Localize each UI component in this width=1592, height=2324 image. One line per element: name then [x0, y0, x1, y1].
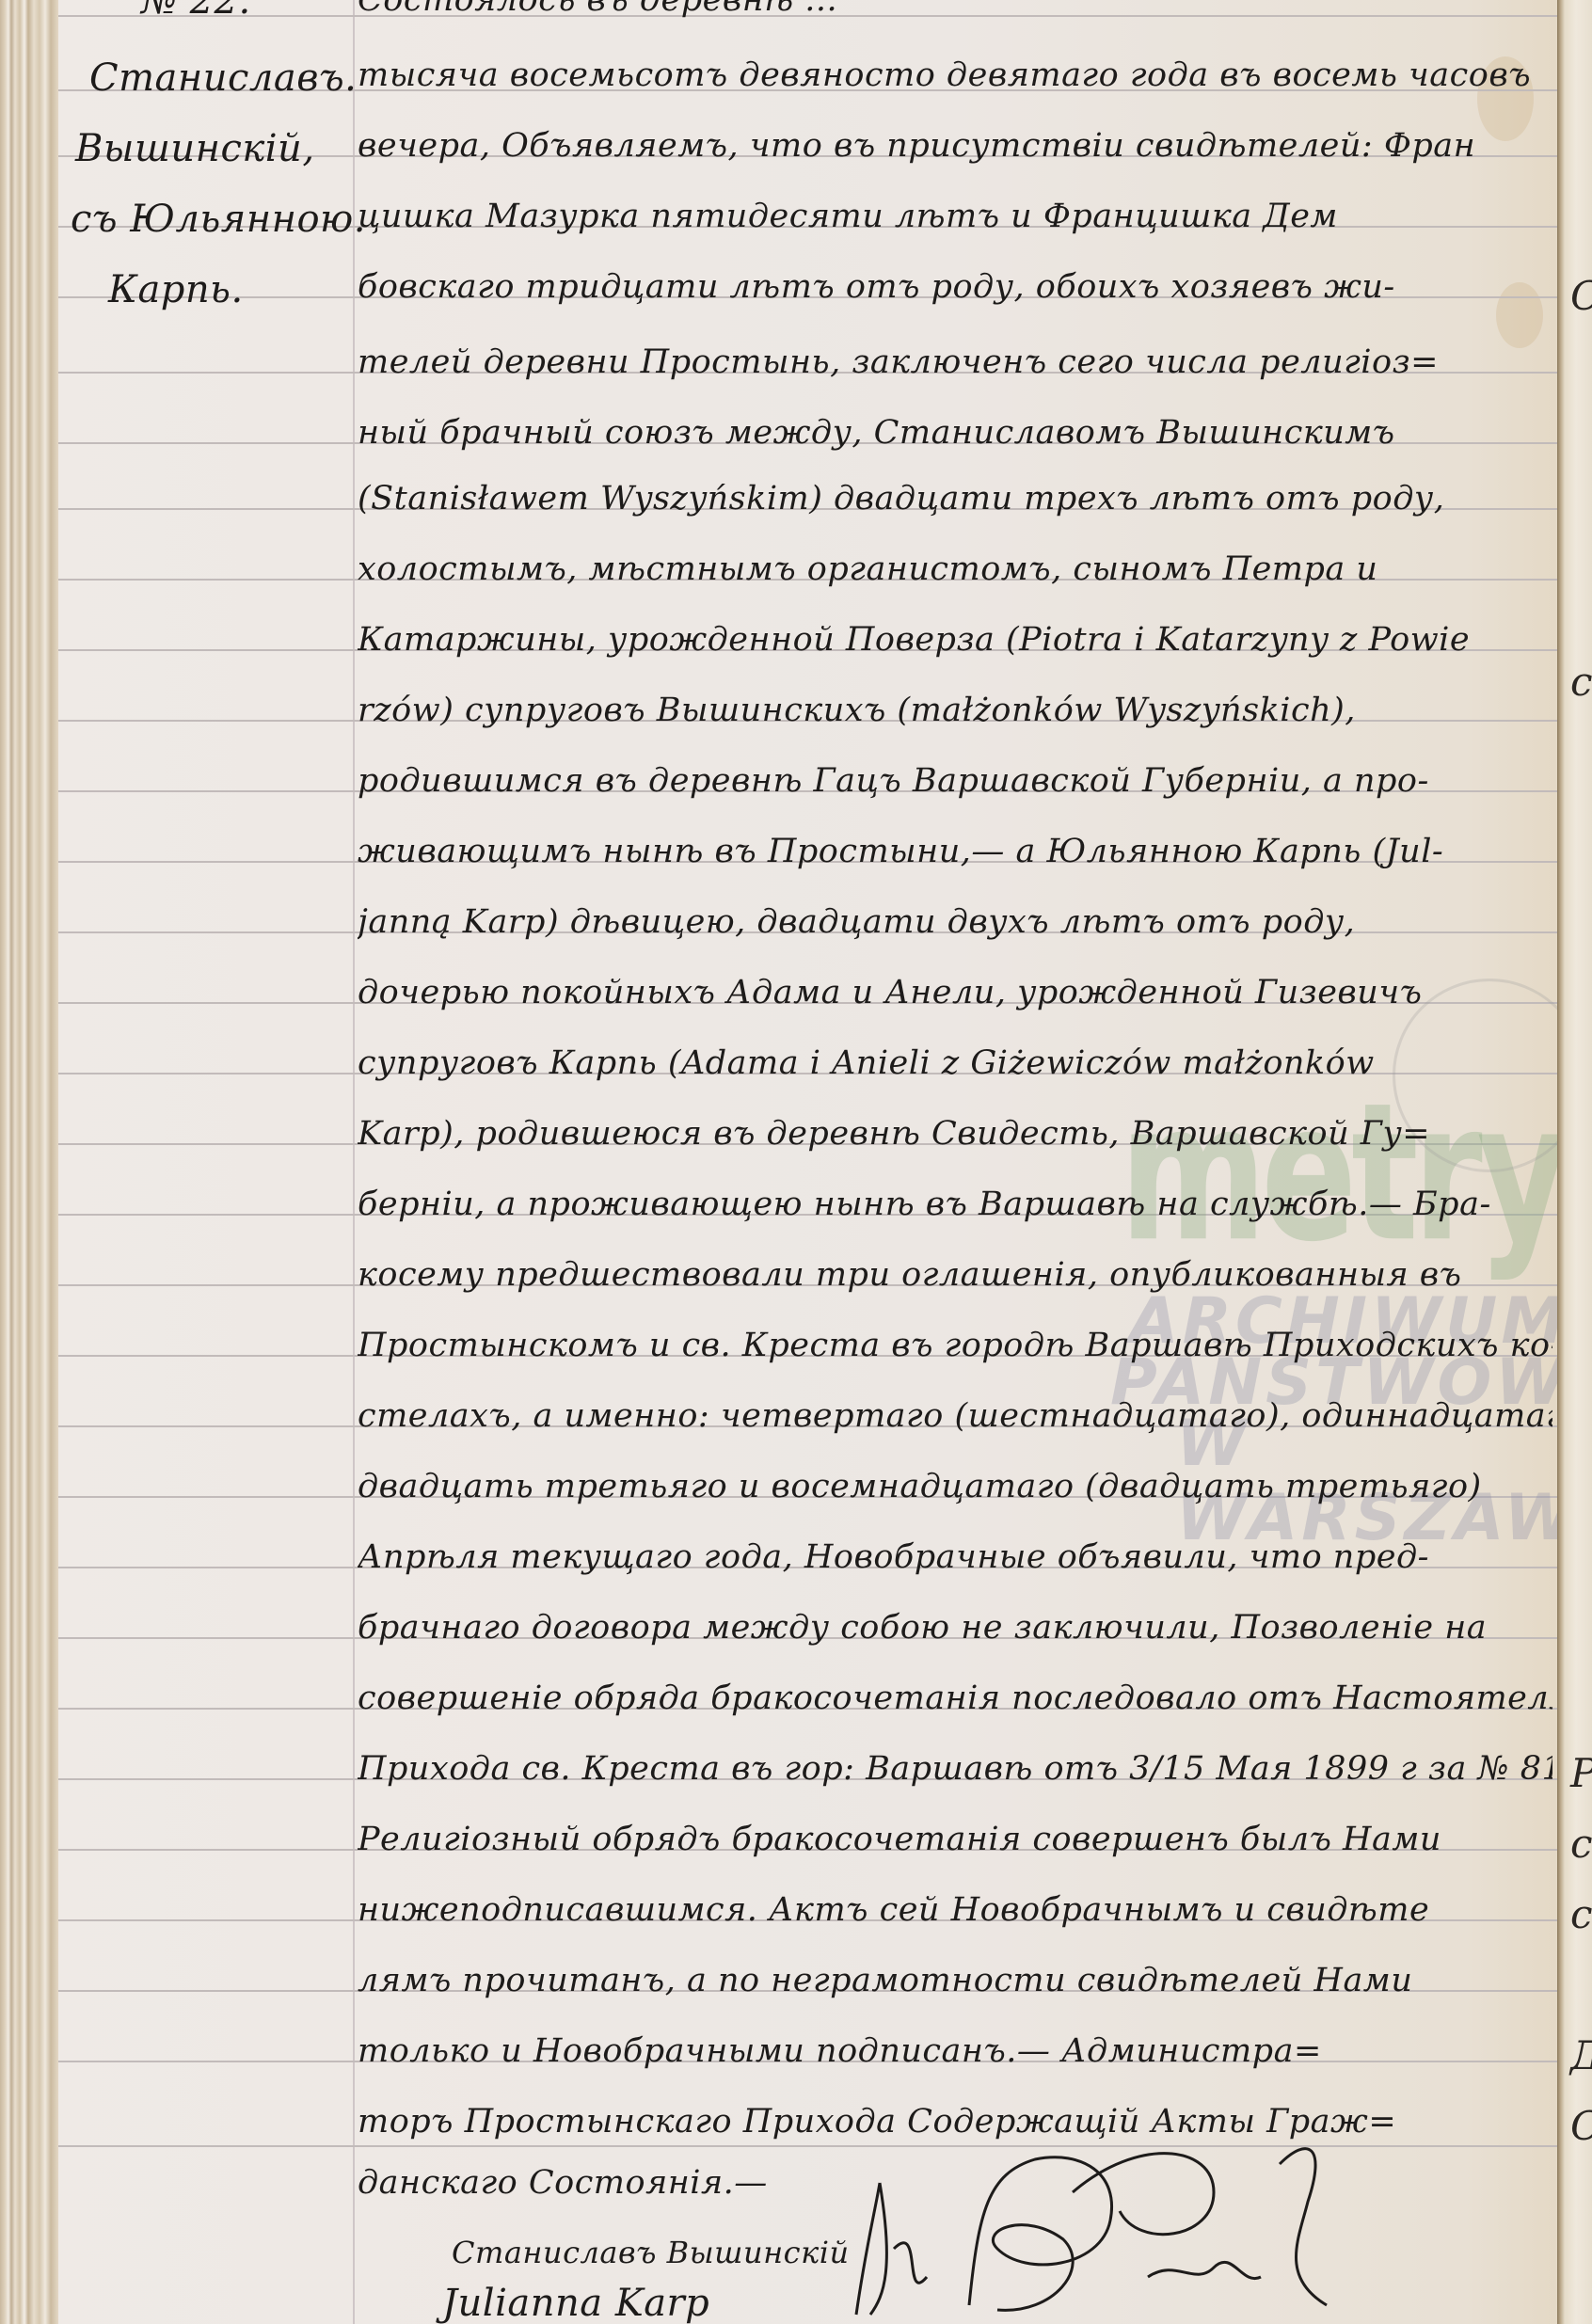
- record-line: брачнаго договора между собою не заключи…: [358, 1609, 1552, 1647]
- record-line: Религіозный обрядъ бракосочетанія соверш…: [358, 1821, 1552, 1858]
- margin-groom-surname: Вышинскій,: [75, 127, 315, 170]
- next-page-fragment: С: [1570, 2103, 1592, 2149]
- top-partial-line: Состоялось въ деревнѣ ...: [358, 0, 1552, 19]
- next-page-fragment: Р: [1570, 1750, 1592, 1796]
- book-spine-page-edges: [0, 0, 58, 2324]
- record-line: janną Karp) дѣвицею, двадцати двухъ лѣтъ…: [358, 903, 1552, 941]
- record-line: (Stanisławem Wyszyńskim) двадцати трехъ …: [358, 480, 1552, 517]
- record-line: берніи, а проживающею нынѣ въ Варшавѣ на…: [358, 1186, 1552, 1223]
- record-line: вечера, Объявляемъ, что въ присутствіи с…: [358, 127, 1552, 165]
- record-line: торъ Простынскаго Прихода Содержащій Акт…: [358, 2103, 1552, 2141]
- next-page-fragment: Д: [1570, 2032, 1592, 2078]
- record-line: двадцать третьяго и восемнадцатаго (двад…: [358, 1468, 1552, 1505]
- bride-signature: Julianna Karp: [442, 2282, 709, 2324]
- record-line: телей деревни Простынь, заключенъ сего ч…: [358, 343, 1552, 381]
- record-line: Прихода св. Креста въ гор: Варшавѣ отъ 3…: [358, 1750, 1552, 1788]
- record-line: живающимъ нынѣ въ Простыни,— а Юльянною …: [358, 833, 1552, 870]
- next-page-fragment: с: [1570, 1891, 1592, 1937]
- record-line: цишка Мазурка пятидесяти лѣтъ и Францишк…: [358, 198, 1552, 235]
- margin-groom-first-name: Станиславъ.: [89, 56, 357, 100]
- record-line: косему предшествовали три оглашенія, опу…: [358, 1256, 1552, 1294]
- record-line: Karp), родившеюся въ деревнѣ Свидесть, В…: [358, 1115, 1552, 1153]
- record-line: дочерью покойныхъ Адама и Анели, урожден…: [358, 974, 1552, 1011]
- record-line: rzów) супруговъ Вышинскихъ (małżonków Wy…: [358, 692, 1552, 729]
- groom-signature: Станиславъ Вышинскій: [452, 2235, 850, 2270]
- record-line: Апрѣля текущаго года, Новобрачные объяви…: [358, 1538, 1552, 1576]
- record-line: Катаржины, урожденной Поверза (Piotra i …: [358, 621, 1552, 659]
- act-number: № 22.: [141, 0, 251, 23]
- register-page: metryki.geneteka ARCHIWUM PAŃSTWOWE W WA…: [0, 0, 1592, 2324]
- next-page-fragment: с: [1570, 659, 1592, 705]
- record-line: тысяча восемьсотъ девяносто девятаго год…: [358, 56, 1552, 94]
- record-line: лямъ прочитанъ, а по неграмотности свидѣ…: [358, 1962, 1552, 1999]
- margin-bride-surname: Карпь.: [108, 268, 244, 311]
- record-line: бовскаго тридцати лѣтъ отъ роду, обоихъ …: [358, 268, 1552, 306]
- record-line: Простынскомъ и св. Креста въ городѣ Варш…: [358, 1327, 1552, 1364]
- record-line: ный брачный союзъ между, Станиславомъ Вы…: [358, 414, 1552, 452]
- margin-rule-line: [353, 0, 355, 2324]
- administrator-signature-flourish: [837, 2136, 1364, 2324]
- record-line: супруговъ Карпь (Adama i Anieli z Giżewi…: [358, 1044, 1552, 1082]
- next-page-edge: С с Р с с Д С: [1557, 0, 1592, 2324]
- record-line: холостымъ, мѣстнымъ органистомъ, сыномъ …: [358, 550, 1552, 588]
- record-line: только и Новобрачными подписанъ.— Админи…: [358, 2032, 1552, 2070]
- record-line: стелахъ, а именно: четвертаго (шестнадца…: [358, 1397, 1552, 1435]
- next-page-fragment: с: [1570, 1821, 1592, 1867]
- record-line: родившимся въ деревнѣ Гацъ Варшавской Гу…: [358, 762, 1552, 800]
- margin-bride-first-name: съ Юльянною.: [71, 198, 366, 241]
- next-page-fragment: С: [1570, 273, 1592, 319]
- record-line: совершеніе обряда бракосочетанія последо…: [358, 1679, 1552, 1717]
- record-line: нижеподписавшимся. Актъ сей Новобрачнымъ…: [358, 1891, 1552, 1929]
